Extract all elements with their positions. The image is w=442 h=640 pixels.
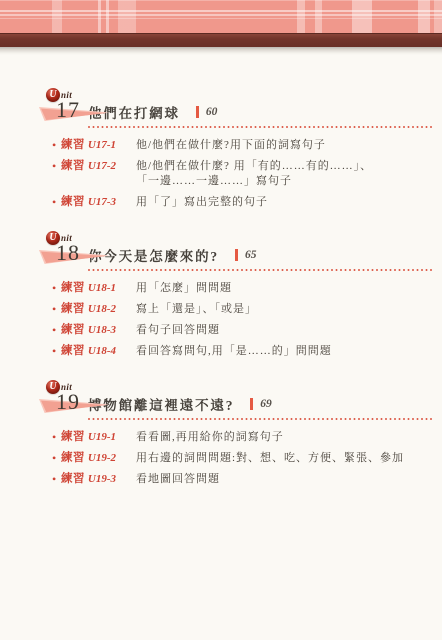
page-number-bar: [235, 249, 238, 261]
exercise-label-code: U19-1: [88, 431, 116, 443]
exercise-label: 練習 U19-2: [61, 451, 136, 466]
unit-title-row: 博物館離這裡遠不遠? 69: [88, 394, 272, 414]
bullet-icon: •: [52, 430, 61, 445]
unit-header: U nit 18 你今天是怎麼來的? 65: [46, 231, 434, 266]
exercise-label-code: U17-2: [88, 160, 116, 172]
unit-page-number: 60: [206, 106, 218, 118]
exercise-description: 他/他們在做什麼?用下面的詞寫句子: [136, 138, 434, 153]
unit-circle-icon: U: [46, 380, 60, 394]
bullet-icon: •: [52, 281, 61, 296]
unit-header: U nit 17 他們在打網球 60: [46, 88, 434, 123]
exercise-list: • 練習 U19-1 看看圖,再用給你的詞寫句子 • 練習 U19-2 用右邊的…: [52, 430, 434, 487]
page-number-bar: [250, 398, 253, 410]
exercise-label-code: U17-3: [88, 196, 116, 208]
exercise-label: 練習 U18-3: [61, 323, 136, 338]
unit-circle-icon: U: [46, 88, 60, 102]
exercise-description: 看地圖回答問題: [136, 472, 434, 487]
exercise-label-cn: 練習: [61, 139, 85, 151]
exercise-label-code: U19-3: [88, 473, 116, 485]
bullet-icon: •: [52, 195, 61, 210]
unit-badge-nit-label: nit: [61, 233, 72, 243]
exercise-description: 用「了」寫出完整的句子: [136, 195, 434, 210]
exercise-label-code: U17-1: [88, 139, 116, 151]
unit-title: 博物館離這裡遠不遠?: [88, 394, 234, 414]
exercise-description: 看回答寫問句,用「是……的」問問題: [136, 344, 434, 359]
exercise-label-cn: 練習: [61, 452, 85, 464]
exercise-description: 用「怎麼」問問題: [136, 281, 434, 296]
bullet-icon: •: [52, 159, 61, 174]
exercise-label-cn: 練習: [61, 282, 85, 294]
exercise-label: 練習 U17-1: [61, 138, 136, 153]
exercise-row: • 練習 U19-1 看看圖,再用給你的詞寫句子: [52, 430, 434, 445]
exercise-label: 練習 U19-1: [61, 430, 136, 445]
unit-badge-top: U nit: [46, 380, 72, 394]
dotted-divider: [88, 269, 434, 271]
exercise-row: • 練習 U18-1 用「怎麼」問問題: [52, 281, 434, 296]
bullet-icon: •: [52, 451, 61, 466]
bullet-icon: •: [52, 138, 61, 153]
exercise-description: 他/他們在做什麼? 用「有的……有的……」、 「一邊……一邊……」寫句子: [136, 159, 434, 189]
exercise-label-cn: 練習: [61, 473, 85, 485]
header-shadow: [0, 47, 442, 55]
exercise-description: 用右邊的詞問問題:對、想、吃、方便、緊張、參加: [136, 451, 434, 466]
exercise-description: 看句子回答問題: [136, 323, 434, 338]
exercise-label-code: U18-2: [88, 303, 116, 315]
unit-badge-nit-label: nit: [61, 382, 72, 392]
exercise-row: • 練習 U18-2 寫上「還是」、「或是」: [52, 302, 434, 317]
exercise-label: 練習 U17-3: [61, 195, 136, 210]
book-page: U nit 17 他們在打網球 60 • 練習 U17-1 他/他們在做什麼?用…: [0, 0, 442, 640]
exercise-row: • 練習 U17-2 他/他們在做什麼? 用「有的……有的……」、 「一邊……一…: [52, 159, 434, 189]
unit-circle-icon: U: [46, 231, 60, 245]
exercise-label-code: U18-4: [88, 345, 116, 357]
exercise-list: • 練習 U17-1 他/他們在做什麼?用下面的詞寫句子 • 練習 U17-2 …: [52, 138, 434, 210]
unit-number: 17: [56, 99, 80, 121]
exercise-description: 看看圖,再用給你的詞寫句子: [136, 430, 434, 445]
dotted-divider: [88, 126, 434, 128]
unit-badge-nit-label: nit: [61, 90, 72, 100]
exercise-label: 練習 U17-2: [61, 159, 136, 174]
toc-content: U nit 17 他們在打網球 60 • 練習 U17-1 他/他們在做什麼?用…: [0, 55, 442, 487]
exercise-label: 練習 U18-4: [61, 344, 136, 359]
unit-page-number: 69: [260, 398, 272, 410]
unit-number: 18: [56, 242, 80, 264]
bullet-icon: •: [52, 323, 61, 338]
header-plaid-band: [0, 0, 442, 33]
bullet-icon: •: [52, 472, 61, 487]
unit-section-18: U nit 18 你今天是怎麼來的? 65 • 練習 U18-1 用「怎麼」問問…: [46, 231, 434, 359]
exercise-label: 練習 U18-1: [61, 281, 136, 296]
bullet-icon: •: [52, 344, 61, 359]
exercise-description: 寫上「還是」、「或是」: [136, 302, 434, 317]
header-maroon-bar: [0, 33, 442, 47]
unit-section-17: U nit 17 他們在打網球 60 • 練習 U17-1 他/他們在做什麼?用…: [46, 88, 434, 210]
unit-title-row: 你今天是怎麼來的? 65: [88, 245, 256, 265]
unit-header: U nit 19 博物館離這裡遠不遠? 69: [46, 380, 434, 415]
unit-section-19: U nit 19 博物館離這裡遠不遠? 69 • 練習 U19-1 看看圖,再用…: [46, 380, 434, 487]
dotted-divider: [88, 418, 434, 420]
page-number-bar: [196, 106, 199, 118]
exercise-row: • 練習 U18-4 看回答寫問句,用「是……的」問問題: [52, 344, 434, 359]
exercise-label-cn: 練習: [61, 196, 85, 208]
unit-badge-top: U nit: [46, 88, 72, 102]
exercise-label-cn: 練習: [61, 303, 85, 315]
unit-page-number: 65: [245, 249, 257, 261]
exercise-label-code: U18-3: [88, 324, 116, 336]
unit-number: 19: [56, 391, 80, 413]
exercise-label-cn: 練習: [61, 324, 85, 336]
exercise-label: 練習 U19-3: [61, 472, 136, 487]
exercise-row: • 練習 U18-3 看句子回答問題: [52, 323, 434, 338]
exercise-label-cn: 練習: [61, 431, 85, 443]
exercise-label-code: U19-2: [88, 452, 116, 464]
exercise-label: 練習 U18-2: [61, 302, 136, 317]
exercise-list: • 練習 U18-1 用「怎麼」問問題 • 練習 U18-2 寫上「還是」、「或…: [52, 281, 434, 359]
exercise-label-code: U18-1: [88, 282, 116, 294]
bullet-icon: •: [52, 302, 61, 317]
exercise-row: • 練習 U19-3 看地圖回答問題: [52, 472, 434, 487]
exercise-row: • 練習 U19-2 用右邊的詞問問題:對、想、吃、方便、緊張、參加: [52, 451, 434, 466]
exercise-row: • 練習 U17-1 他/他們在做什麼?用下面的詞寫句子: [52, 138, 434, 153]
unit-badge-top: U nit: [46, 231, 72, 245]
exercise-label-cn: 練習: [61, 345, 85, 357]
exercise-row: • 練習 U17-3 用「了」寫出完整的句子: [52, 195, 434, 210]
exercise-label-cn: 練習: [61, 160, 85, 172]
